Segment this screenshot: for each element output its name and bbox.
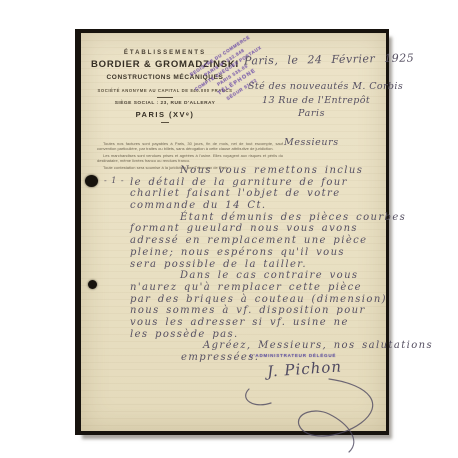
date-line: Paris, le 24 Février 1925 <box>244 52 414 68</box>
body-line: formant gueulard nous vous avons <box>130 223 382 235</box>
letter-page: ÉTABLISSEMENTS BORDIER & GROMADZINSKI CO… <box>75 29 389 435</box>
letterhead-end-dash <box>161 122 169 123</box>
addressee-city: Paris <box>298 108 325 119</box>
body-line: Nous vous remettons inclus <box>130 165 382 177</box>
page-number: - 1 - <box>104 176 125 185</box>
punch-hole <box>85 175 98 187</box>
administrator-stamp: L'ADMINISTRATEUR DÉLÉGUÉ <box>250 353 336 358</box>
letterhead-divider <box>157 97 173 98</box>
company-city: PARIS (XVᵉ) <box>90 110 240 119</box>
body-line: les possède pas. <box>130 329 382 341</box>
body-line: commande du 14 Ct. <box>130 200 382 212</box>
scan-background: ÉTABLISSEMENTS BORDIER & GROMADZINSKI CO… <box>0 0 458 458</box>
letter-body: Nous vous remettons inclus le détail de … <box>130 165 382 364</box>
body-line: le détail de la garniture de four <box>130 177 382 189</box>
body-line: Agréez, Messieurs, nos salutations <box>130 340 382 352</box>
addressee-street: 13 Rue de l'Entrepôt <box>262 95 370 106</box>
body-line: vous les adresser si vf. usine ne <box>130 317 382 329</box>
body-line: charliet faisant l'objet de votre <box>130 188 382 200</box>
body-line: sera possible de la tailler. <box>130 259 382 271</box>
body-line: Étant démunis des pièces courbes <box>130 212 382 224</box>
punch-hole <box>88 280 97 289</box>
body-line: Dans le cas contraire vous <box>130 270 382 282</box>
signature-flourish <box>231 369 401 454</box>
conditions-paragraph: Toutes nos factures sont payables à Pari… <box>97 141 283 152</box>
body-line: nous sommes à vf. disposition pour <box>130 305 382 317</box>
salutation: Messieurs <box>284 137 339 148</box>
body-line: pleine; nous espérons qu'il vous <box>130 247 382 259</box>
body-line: adressé en remplacement une pièce <box>130 235 382 247</box>
addressee-name: Sté des nouveautés M. Corbis <box>248 81 403 92</box>
body-line: n'aurez qu'à remplacer cette pièce <box>130 282 382 294</box>
conditions-paragraph: Les marchandises sont vendues prises et … <box>97 153 283 164</box>
body-line: par des briques à couteau (dimension) <box>130 294 382 306</box>
